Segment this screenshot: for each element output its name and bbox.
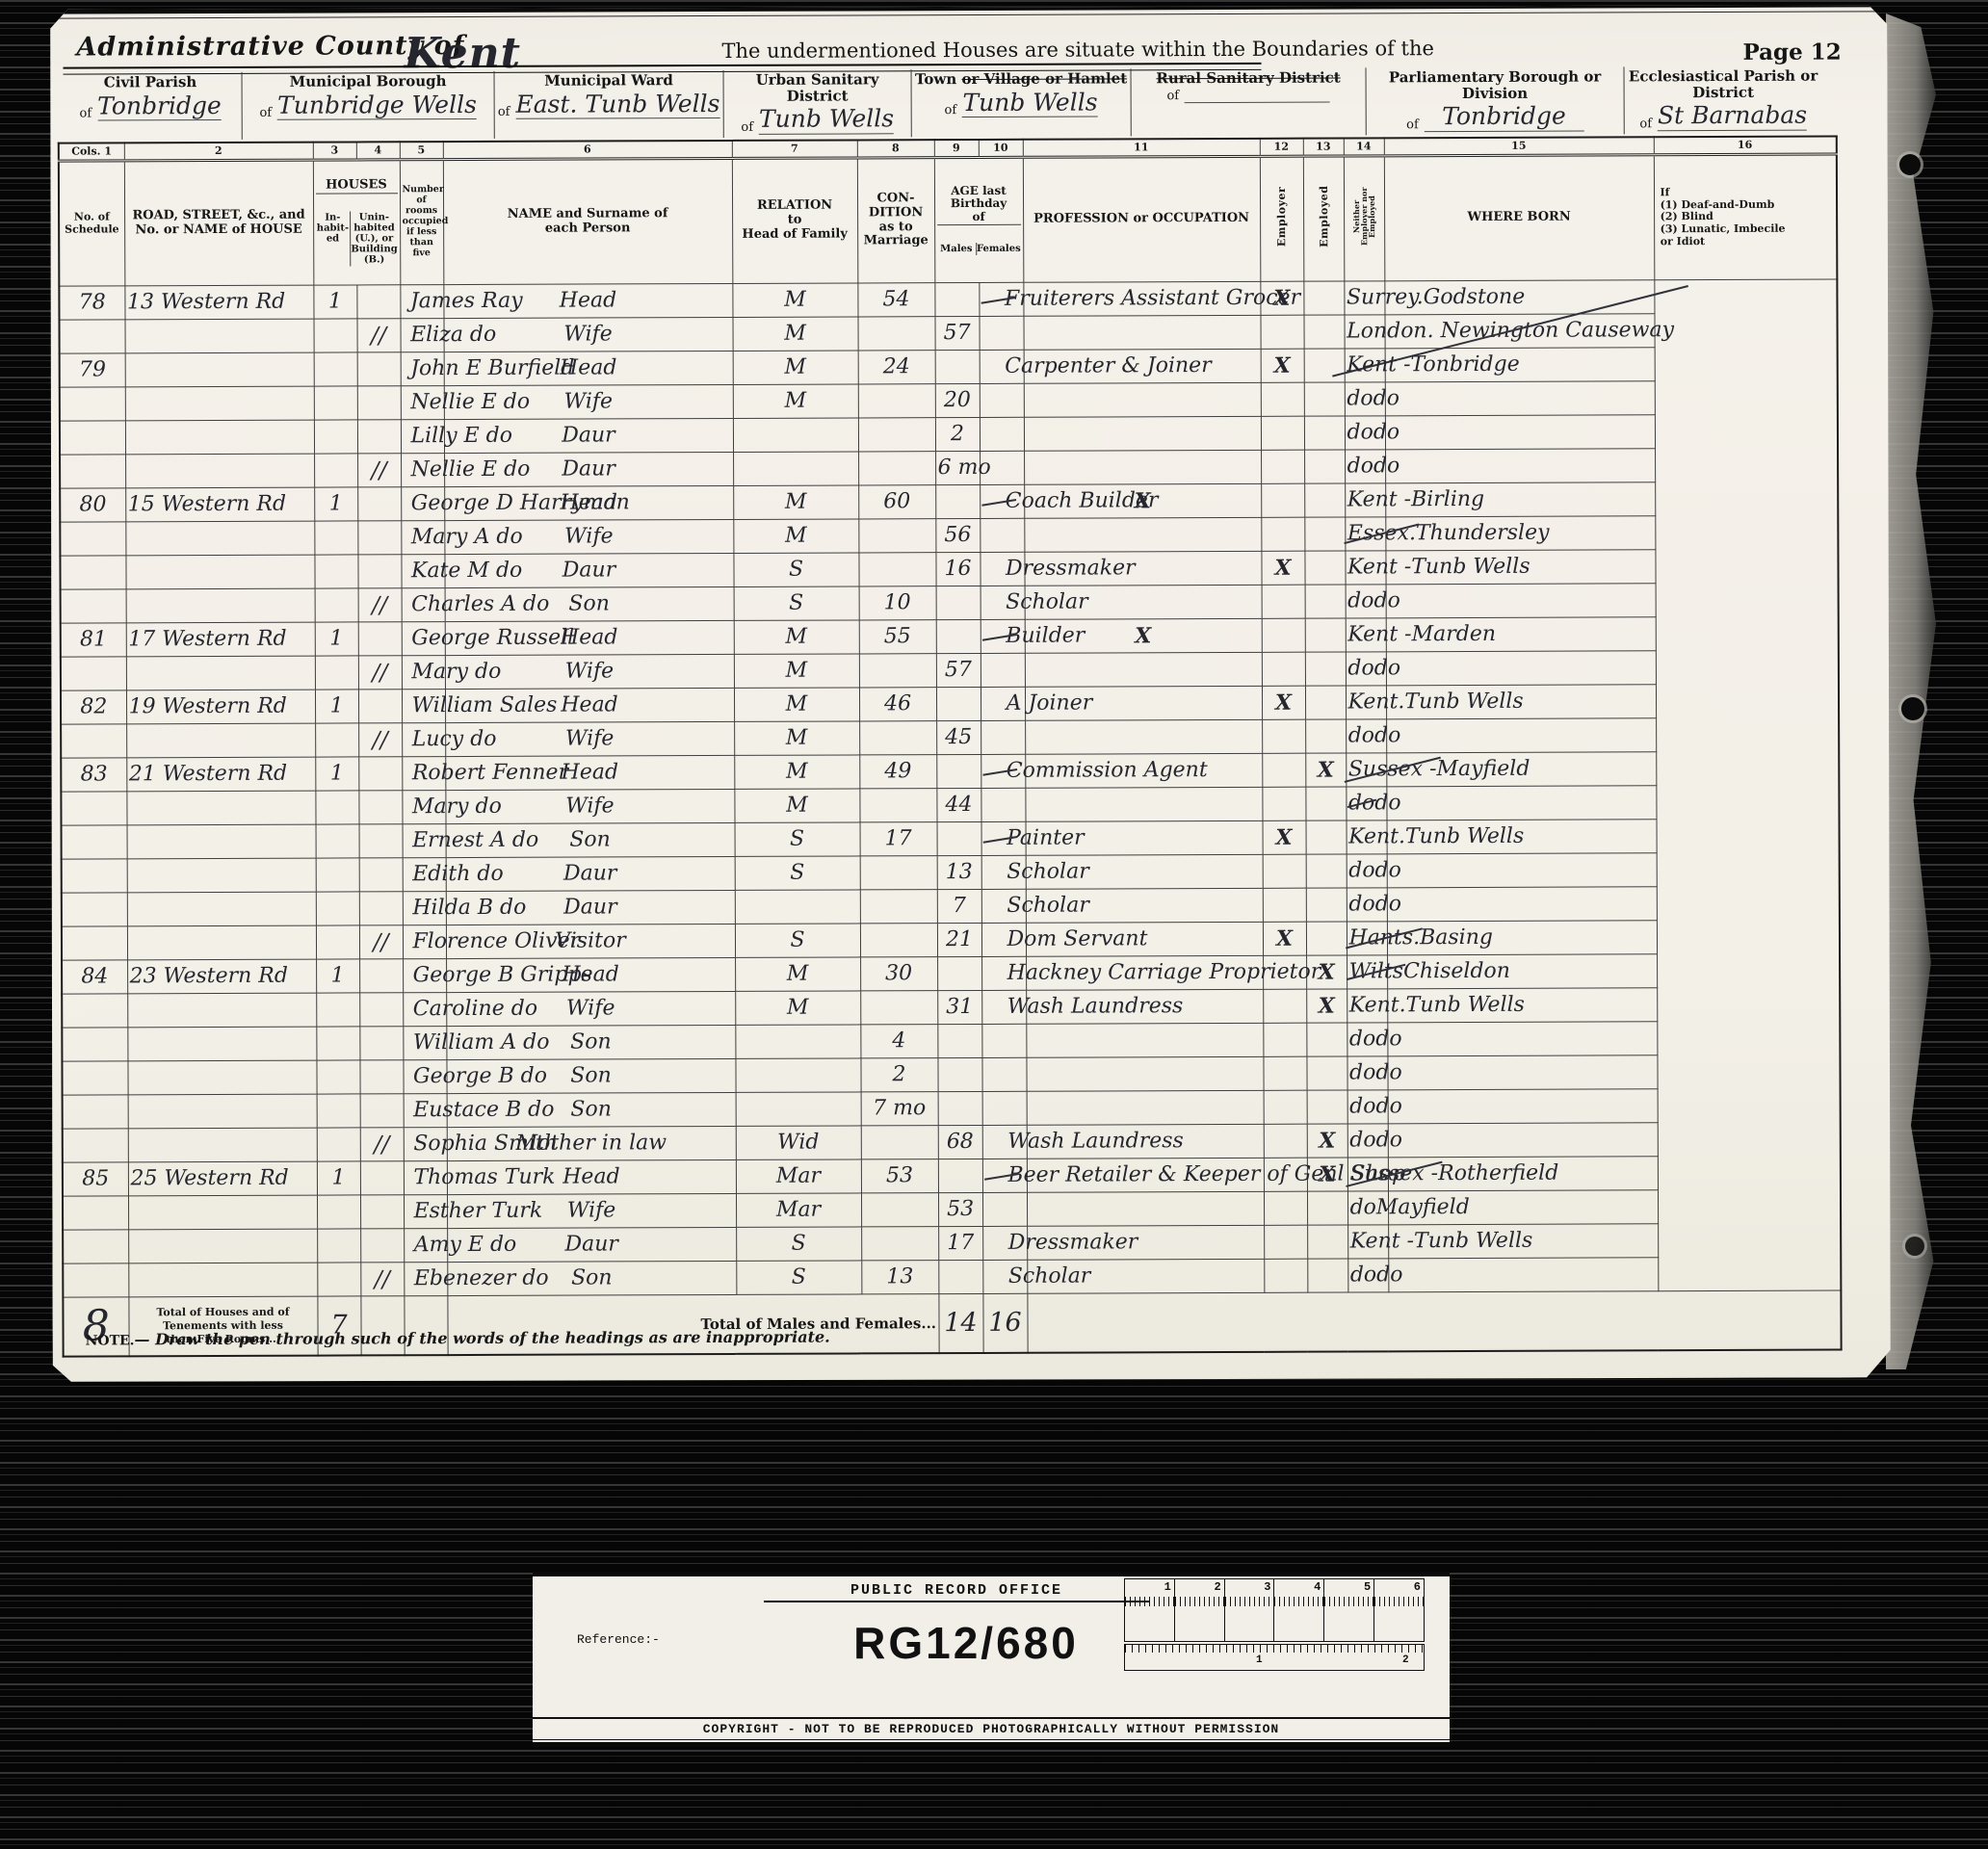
ruler-cell: 3 — [1225, 1579, 1275, 1641]
cell-address: 13 Western Rd — [124, 285, 313, 320]
cell-employed-mark — [1263, 1023, 1306, 1056]
cell-inhabited: 1 — [315, 690, 358, 723]
born-county: Kent. — [1348, 824, 1405, 848]
cell-name: Lucy do — [402, 722, 445, 756]
cell-occupation — [982, 1091, 1027, 1125]
district-urban-sanitary: Urban Sanitary District ofTunb Wells — [724, 69, 912, 138]
cell-where-born: dodo — [1347, 1258, 1388, 1291]
cell-inhabited — [316, 858, 359, 892]
cell-age-male: 49 — [859, 754, 936, 788]
district-value — [1185, 101, 1330, 103]
cell-age-female — [938, 1260, 982, 1293]
cell-condition: M — [733, 519, 858, 553]
cell-address — [128, 1128, 317, 1162]
cell-schedule — [60, 319, 125, 352]
cell-where-born: Kent -Tunb Wells — [1345, 550, 1385, 584]
cell-name: Eustace B do — [404, 1093, 447, 1127]
born-place: do — [1374, 656, 1400, 680]
cell-age-male: 60 — [858, 484, 935, 518]
cell-rooms: ∕∕ — [358, 722, 402, 756]
boundary-text: The undermentioned Houses are situate wi… — [721, 37, 1434, 63]
cell-schedule — [62, 993, 127, 1027]
district-label: Urban Sanitary District — [756, 70, 879, 104]
cell-age-female: 31 — [937, 990, 981, 1024]
born-place: do — [1376, 1128, 1402, 1152]
footnote-text: — Draw the pen through such of the words… — [135, 1328, 830, 1349]
cell-occupation: Dressmaker — [980, 552, 1024, 586]
cell-age-female: 57 — [934, 316, 979, 350]
cell-age-male: 13 — [861, 1260, 938, 1293]
cell-schedule — [63, 1128, 128, 1161]
cell-neither-mark — [1304, 551, 1345, 585]
cell-condition — [736, 1092, 861, 1126]
cell-where-born: dodo — [1347, 1123, 1388, 1157]
born-place: Marden — [1412, 622, 1497, 646]
cell-condition: M — [735, 991, 860, 1025]
cell-rooms — [357, 520, 401, 554]
cell-neither-mark — [1305, 686, 1346, 719]
cell-neither-mark — [1304, 517, 1345, 551]
born-place: do — [1376, 1263, 1402, 1287]
born-place: Basing — [1420, 925, 1493, 950]
cell-name: Edith do — [403, 857, 446, 891]
born-county: do — [1349, 1094, 1375, 1118]
cell-address — [125, 420, 314, 455]
cell-age-male: 7 mo — [861, 1091, 938, 1125]
col-number: 2 — [124, 143, 313, 161]
cell-age-female: 57 — [936, 653, 981, 687]
cell-where-born: Kent.Tunb Wells — [1346, 685, 1386, 718]
cell-employed-mark — [1263, 888, 1306, 922]
born-county: do — [1347, 420, 1373, 444]
col-number: 15 — [1384, 137, 1654, 155]
pro-copyright: COPYRIGHT - NOT TO BE REPRODUCED PHOTOGR… — [533, 1717, 1450, 1740]
header-houses-group: HOUSES In- habit- ed Unin- habited (U.),… — [313, 159, 400, 284]
cell-neither-mark — [1306, 1056, 1347, 1090]
cell-occupation: Painter — [981, 821, 1026, 855]
cell-where-born: Kent -Marden — [1346, 617, 1386, 651]
cell-neither-mark — [1306, 888, 1347, 922]
district-header-band: Civil Parish ofTonbridge Municipal Borou… — [60, 66, 1822, 141]
cell-age-female — [936, 619, 981, 653]
cell-address — [128, 1229, 317, 1263]
punch-hole — [1901, 697, 1924, 720]
cell-schedule — [61, 791, 126, 824]
cell-schedule — [62, 824, 127, 858]
header-road: ROAD, STREET, &c., and No. or NAME of HO… — [124, 160, 313, 286]
census-page: Administrative County of Kent The underm… — [47, 2, 1892, 1384]
born-county: Hants. — [1348, 925, 1420, 950]
cell-neither-mark — [1307, 1090, 1347, 1124]
cell-address — [126, 723, 315, 758]
cell-condition: S — [735, 924, 860, 957]
cell-employed-mark — [1263, 1056, 1306, 1090]
cell-age-male — [861, 1192, 938, 1226]
cell-employed-mark — [1261, 450, 1304, 483]
cell-neither-mark — [1307, 1225, 1347, 1259]
cell-employer-mark — [1026, 1023, 1263, 1057]
born-county: Wilts — [1349, 959, 1404, 983]
page-number: Page 12 — [1742, 39, 1841, 65]
cell-schedule — [62, 925, 127, 959]
cell-address — [125, 555, 314, 589]
cell-employed-mark: X — [1262, 686, 1305, 719]
cell-schedule: 78 — [59, 285, 124, 319]
district-town: Town or Village or Hamlet ofTunb Wells — [912, 68, 1132, 137]
cell-condition: M — [732, 283, 857, 317]
header-age: AGE last Birthday of — [936, 184, 1020, 225]
cell-address — [127, 993, 316, 1028]
cell-rooms — [359, 1026, 403, 1059]
cell-age-female — [937, 1024, 981, 1057]
cell-inhabited — [314, 420, 357, 454]
cell-inhabited — [316, 1060, 359, 1094]
cell-employed-mark — [1262, 585, 1305, 618]
cell-where-born: dodo — [1347, 1022, 1387, 1055]
cell-where-born: dodo — [1347, 853, 1387, 887]
cell-inhabited — [314, 555, 357, 588]
cell-address — [125, 454, 314, 488]
cell-inhabited — [316, 993, 359, 1027]
cell-rooms — [358, 621, 402, 655]
ruler-number: 2 — [1402, 1654, 1409, 1666]
cell-employed-mark — [1262, 618, 1305, 652]
header-employer: Employer — [1260, 156, 1303, 281]
cell-inhabited: 1 — [315, 622, 358, 656]
cell-age-female — [936, 687, 981, 720]
cell-address — [125, 521, 314, 556]
cell-employed-mark — [1263, 854, 1306, 888]
pro-ruler: 1 2 3 4 5 6 — [1124, 1578, 1425, 1642]
cell-age-female — [936, 586, 981, 619]
cell-age-male: 30 — [860, 956, 937, 990]
cell-employer-mark — [1025, 719, 1262, 754]
born-place: do — [1375, 1027, 1401, 1051]
cell-age-female: 2 — [935, 417, 980, 451]
cell-rooms — [360, 1194, 404, 1228]
cell-rooms: ∕∕ — [356, 318, 400, 352]
born-county: do — [1348, 858, 1374, 882]
district-label: Ecclesiastical Parish or District — [1629, 67, 1818, 101]
cell-inhabited — [317, 1195, 360, 1229]
cell-name: Esther Turk — [404, 1194, 447, 1228]
cell-rooms — [357, 385, 401, 419]
cell-condition: M — [734, 755, 859, 789]
cell-occupation — [980, 417, 1024, 451]
cell-occupation: Scholar — [981, 889, 1026, 923]
cell-occupation — [981, 1024, 1026, 1057]
cell-address — [128, 1094, 317, 1129]
cell-inhabited — [315, 791, 358, 824]
cell-rooms — [357, 554, 401, 587]
cell-age-male: 2 — [860, 1057, 937, 1091]
cell-employed-mark — [1264, 1090, 1307, 1124]
cell-age-male — [858, 417, 935, 451]
cell-condition: M — [733, 384, 858, 418]
born-county: Kent - — [1347, 352, 1410, 377]
header-rooms: Number of rooms occupied if less than fi… — [400, 159, 443, 284]
born-place: do — [1375, 1060, 1401, 1084]
cell-age-female — [937, 956, 981, 990]
cell-name: William A do — [403, 1026, 446, 1059]
born-place: do — [1373, 386, 1399, 410]
cell-occupation — [980, 383, 1024, 417]
col-number: 6 — [443, 141, 732, 159]
col-number: 16 — [1654, 137, 1837, 155]
cell-occupation: Carpenter & Joiner — [980, 350, 1024, 383]
cell-employer-mark — [1023, 315, 1260, 350]
cell-schedule: 81 — [61, 622, 126, 656]
cell-neither-mark — [1304, 483, 1345, 517]
born-county: Sussex - — [1349, 1161, 1438, 1185]
cell-where-born: dodo — [1347, 1089, 1388, 1123]
of-label: of — [944, 103, 956, 117]
cell-name: Ebenezer do — [404, 1262, 447, 1295]
cell-inhabited — [314, 521, 357, 555]
cell-employed-mark — [1263, 989, 1306, 1023]
cell-schedule: 80 — [60, 487, 125, 521]
ruler-number: 4 — [1314, 1580, 1321, 1594]
cell-age-male: 55 — [859, 619, 936, 653]
header-occupation: PROFESSION or OCCUPATION — [1023, 156, 1260, 282]
header-uninhabited: Unin- habited (U.), or Building (B.) — [351, 211, 398, 266]
cell-address: 19 Western Rd — [126, 690, 315, 724]
ruler-number: 3 — [1264, 1580, 1270, 1594]
cell-occupation: Wash Laundress — [981, 990, 1026, 1024]
cell-condition — [733, 418, 858, 452]
cell-schedule: 83 — [61, 757, 126, 791]
cell-address: 25 Western Rd — [128, 1161, 317, 1196]
cell-where-born: Kent -Tonbridge — [1345, 348, 1385, 381]
cell-address: 23 Western Rd — [127, 959, 316, 994]
district-value: Tunb Wells — [962, 89, 1098, 117]
cell-inhabited — [316, 892, 359, 925]
cell-employer-mark — [1024, 382, 1261, 417]
cell-age-female: 13 — [937, 855, 981, 889]
cell-address: 21 Western Rd — [126, 757, 315, 792]
born-place: do — [1375, 1094, 1401, 1118]
cell-age-female: 20 — [935, 383, 980, 417]
cell-infirmities — [1387, 852, 1657, 887]
born-place: Godstone — [1424, 285, 1526, 309]
cell-employed-mark: X — [1261, 349, 1304, 382]
cell-infirmities — [1388, 1088, 1658, 1123]
cell-age-female: 56 — [935, 518, 980, 552]
cell-address: 15 Western Rd — [125, 487, 314, 522]
born-county: Kent - — [1347, 555, 1411, 579]
cell-age-male: 17 — [860, 821, 937, 855]
cell-name: William Sales — [402, 689, 445, 722]
cell-condition: M — [733, 485, 858, 519]
header-condition: CON- DITION as to Marriage — [857, 157, 934, 282]
ruler-number: 1 — [1164, 1580, 1171, 1594]
born-county: Essex. — [1347, 521, 1416, 545]
cell-where-born: Kent.Tunb Wells — [1347, 820, 1387, 853]
cell-where-born: Hants.Basing — [1347, 921, 1387, 954]
cell-occupation: Fruiterers Assistant Grocer — [979, 282, 1023, 316]
cell-age-female — [934, 282, 979, 316]
cell-schedule: 82 — [61, 690, 126, 723]
header-schedule: No. of Schedule — [59, 160, 124, 285]
cell-age-female: 53 — [938, 1192, 982, 1226]
cell-name: Sophia Smith — [404, 1127, 447, 1160]
cell-neither-mark: X — [1305, 753, 1346, 787]
cell-condition: S — [736, 1261, 861, 1294]
born-place: Mayfield — [1376, 1195, 1470, 1219]
born-place: Tunb Wells — [1404, 690, 1523, 714]
cell-neither-mark — [1305, 719, 1346, 753]
born-place: do — [1374, 723, 1400, 747]
cell-age-male: 24 — [858, 350, 935, 383]
ruler-cell: 1 — [1125, 1579, 1175, 1641]
cell-rooms: ∕∕ — [360, 1262, 404, 1295]
born-county: do — [1349, 1060, 1375, 1084]
header-employed-label: Employed — [1318, 186, 1328, 247]
of-label: of — [259, 106, 272, 120]
cell-rooms: ∕∕ — [360, 1127, 404, 1160]
cell-age-male — [858, 451, 935, 484]
column-headers-row: No. of Schedule ROAD, STREET, &c., and N… — [59, 154, 1837, 286]
cell-rooms — [358, 790, 402, 823]
cell-condition: Wid — [736, 1126, 861, 1159]
header-age-group: AGE last Birthday of Males Females — [934, 157, 1023, 282]
district-label: Municipal Ward — [544, 71, 673, 90]
cell-address — [126, 791, 315, 825]
born-county: do — [1347, 588, 1373, 612]
cell-inhabited — [314, 352, 357, 386]
cell-neither-mark — [1304, 382, 1345, 416]
cell-neither-mark — [1307, 1259, 1347, 1292]
cell-neither-mark — [1306, 854, 1347, 888]
cell-rooms: ∕∕ — [358, 587, 402, 621]
cell-where-born: Essex.Thundersley — [1345, 516, 1385, 550]
cell-neither-mark — [1305, 652, 1346, 686]
cell-age-male — [858, 383, 935, 417]
district-value: St Barnabas — [1658, 102, 1807, 131]
cell-employed-mark — [1264, 1124, 1307, 1158]
of-label: of — [741, 120, 753, 135]
cell-neither-mark — [1306, 922, 1347, 955]
born-county: Kent - — [1347, 622, 1411, 646]
cell-age-male — [861, 1125, 938, 1159]
cell-address — [125, 386, 314, 421]
cell-occupation: Scholar — [981, 586, 1025, 619]
header-neither: Neither Employer nor Employed — [1344, 155, 1384, 280]
cell-infirmities — [1387, 1021, 1657, 1055]
cell-age-male: 53 — [861, 1159, 938, 1192]
cell-age-female: 17 — [938, 1226, 982, 1260]
cell-condition: M — [732, 317, 857, 351]
born-place: do — [1373, 454, 1399, 478]
cell-age-female — [938, 1091, 982, 1125]
cell-neither-mark — [1303, 315, 1344, 349]
cell-rooms — [356, 284, 400, 318]
cell-age-female — [936, 754, 981, 788]
district-municipal-ward: Municipal Ward ofEast. Tunb Wells — [495, 70, 724, 139]
cell-rooms — [359, 857, 403, 891]
cell-name: Eliza do — [400, 318, 443, 352]
col-number: 7 — [732, 140, 857, 157]
cell-rooms: ∕∕ — [357, 453, 401, 486]
cell-schedule — [61, 723, 126, 757]
cell-name: John E Burfield — [401, 352, 444, 385]
cell-address — [127, 858, 316, 893]
born-county: do — [1348, 892, 1374, 916]
cell-name: Thomas Turk — [404, 1160, 447, 1194]
cell-inhabited — [314, 386, 357, 420]
cell-employed-mark — [1260, 315, 1303, 349]
of-label: of — [1166, 89, 1179, 103]
district-label: Municipal Borough — [290, 72, 447, 91]
cell-address — [128, 1195, 317, 1230]
cell-address — [126, 588, 315, 623]
cell-occupation — [982, 1192, 1027, 1226]
cell-employed-mark — [1261, 483, 1304, 517]
district-label: Civil Parish — [104, 73, 197, 91]
born-county: do — [1349, 1128, 1375, 1152]
cell-schedule — [63, 1229, 128, 1263]
born-county: do — [1347, 656, 1373, 680]
cell-rooms — [358, 689, 402, 722]
cell-age-male — [857, 316, 934, 350]
cell-address — [125, 352, 314, 387]
district-ecclesiastical: Ecclesiastical Parish or District ofSt B… — [1625, 66, 1822, 135]
district-label-struck: Rural Sanitary District — [1156, 69, 1340, 88]
cell-schedule: 79 — [60, 352, 125, 386]
district-value: Tonbridge — [1425, 103, 1584, 132]
col-number: 4 — [356, 142, 400, 159]
ruler-cell: 4 — [1274, 1579, 1324, 1641]
cell-where-born: dodo — [1346, 786, 1386, 820]
cell-inhabited — [315, 588, 358, 622]
census-table-body: 7813 Western Rd1James RayHeadM54Fruitere… — [59, 279, 1841, 1297]
cell-where-born: dodo — [1345, 415, 1385, 449]
cell-rooms — [360, 1160, 404, 1194]
born-place: Chiseldon — [1403, 959, 1510, 983]
cell-inhabited — [315, 723, 358, 757]
district-label-struck: or Village or Hamlet — [961, 69, 1127, 88]
cell-name: Mary A do — [401, 520, 444, 554]
cell-condition: M — [734, 789, 859, 822]
cell-schedule — [62, 892, 127, 925]
cell-schedule — [60, 521, 125, 555]
cell-address: 17 Western Rd — [126, 622, 315, 657]
cell-employed-mark — [1261, 416, 1304, 450]
cell-employer-mark — [1025, 787, 1262, 821]
cell-occupation — [981, 1057, 1026, 1091]
born-county: Kent - — [1347, 487, 1411, 511]
cell-schedule — [63, 1263, 128, 1296]
cell-condition: M — [733, 351, 858, 384]
ruler-cell: 5 — [1324, 1579, 1374, 1641]
cell-rooms — [359, 891, 403, 924]
cell-name: Florence Oliver — [403, 924, 446, 958]
cell-schedule — [60, 454, 125, 487]
cell-age-female — [937, 821, 981, 855]
cell-employer-mark — [1026, 1056, 1263, 1091]
born-county: Surrey. — [1347, 285, 1424, 309]
cell-schedule — [62, 1060, 127, 1094]
cell-age-female: 45 — [936, 720, 981, 754]
cell-schedule — [62, 1027, 127, 1060]
born-place: Rotherfield — [1438, 1161, 1558, 1185]
header-houses: HOUSES — [315, 178, 397, 194]
cell-name: Mary do — [402, 790, 445, 823]
cell-condition: M — [734, 721, 859, 755]
cell-where-born: Sussex -Rotherfield — [1347, 1157, 1388, 1190]
cell-occupation: Wash Laundress — [982, 1125, 1027, 1159]
of-label: of — [80, 107, 92, 121]
